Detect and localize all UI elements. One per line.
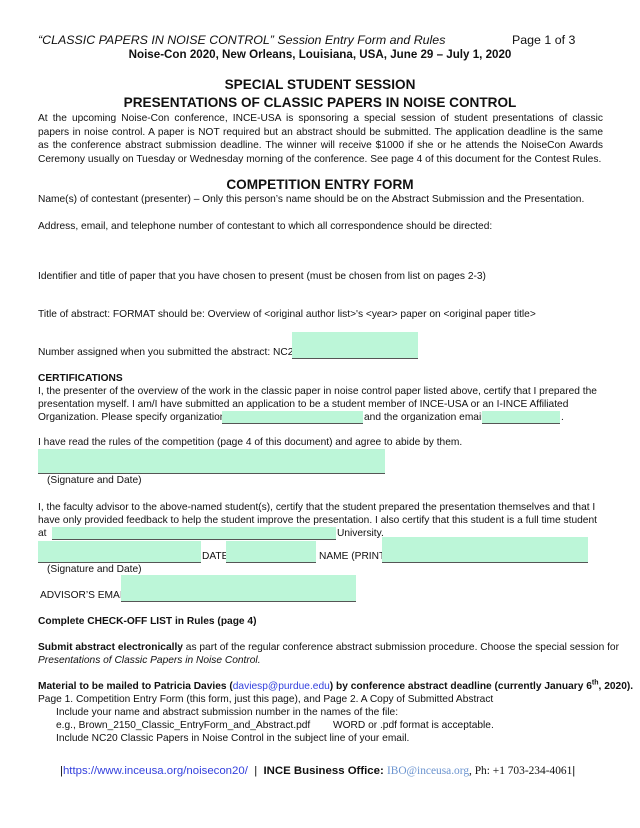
paper-label: Identifier and title of paper that you h… xyxy=(38,270,486,284)
abstract-number-label: Number assigned when you submitted the a… xyxy=(38,346,299,360)
advisor-cert-line-2: have only provided feedback to help the … xyxy=(38,514,597,528)
footer: |https://www.inceusa.org/noisecon20/ | I… xyxy=(60,765,575,777)
mailing-text-2: ) by conference abstract deadline (curre… xyxy=(330,681,592,692)
organization-field[interactable] xyxy=(222,411,363,424)
period: . xyxy=(561,411,564,425)
page-number: Page 1 of 3 xyxy=(512,33,575,47)
abstract-title-label: Title of abstract: FORMAT should be: Ove… xyxy=(38,308,536,322)
special-session-name: Presentations of Classic Papers in Noise… xyxy=(38,654,261,668)
advisor-email-label: ADVISOR’S EMAIL xyxy=(40,589,128,603)
document-title: “CLASSIC PAPERS IN NOISE CONTROL” Sessio… xyxy=(38,33,445,47)
filename-instruction: Include your name and abstract submissio… xyxy=(56,706,398,720)
date-field[interactable] xyxy=(226,541,316,563)
rules-agreement-text: I have read the rules of the competition… xyxy=(38,436,462,450)
checklist-note: Complete CHECK-OFF LIST in Rules (page 4… xyxy=(38,615,256,629)
advisor-signature-field[interactable] xyxy=(38,541,201,563)
at-label: at xyxy=(38,527,47,541)
noisecon-url-link[interactable]: https://www.inceusa.org/noisecon20/ xyxy=(63,765,248,777)
form-heading: COMPETITION ENTRY FORM xyxy=(0,177,640,192)
office-phone: , Ph: +1 703-234-4061 xyxy=(469,765,572,777)
date-label: DATE xyxy=(202,550,228,564)
organization-email-field[interactable] xyxy=(482,411,560,424)
session-heading: SPECIAL STUDENT SESSION xyxy=(0,77,640,92)
organization-label: Organization. Please specify organizatio… xyxy=(38,411,225,425)
advisor-cert-line-1: I, the faculty advisor to the above-name… xyxy=(38,501,595,515)
example-filename: e.g., Brown_2150_Classic_EntryForm_and_A… xyxy=(56,719,310,733)
student-signature-field[interactable] xyxy=(38,449,385,474)
contestant-name-label: Name(s) of contestant (presenter) – Only… xyxy=(38,193,584,207)
presenter-cert-line-2: presentation myself. I am/I have submitt… xyxy=(38,398,568,412)
student-signature-caption: (Signature and Date) xyxy=(47,474,142,488)
organization-email-label: and the organization email xyxy=(364,411,484,425)
special-session-title: Presentations of Classic Papers in Noise… xyxy=(38,655,258,666)
footer-divider-right: | xyxy=(572,765,575,777)
office-label: INCE Business Office: xyxy=(264,765,384,777)
page-items: Page 1. Competition Entry Form (this for… xyxy=(38,693,493,707)
mailing-text-3: , 2020). xyxy=(599,681,634,692)
footer-divider-mid: | xyxy=(251,765,260,777)
mailing-instruction: Material to be mailed to Patricia Davies… xyxy=(38,680,633,694)
office-email-link[interactable]: IBO@inceusa.org xyxy=(387,765,469,777)
format-note: WORD or .pdf format is acceptable. xyxy=(333,719,494,733)
intro-paragraph: At the upcoming Noise-Con conference, IN… xyxy=(38,112,603,166)
address-label: Address, email, and telephone number of … xyxy=(38,220,492,234)
conference-subtitle: Noise-Con 2020, New Orleans, Louisiana, … xyxy=(0,48,640,61)
mailing-text-1: Material to be mailed to Patricia Davies… xyxy=(38,681,233,692)
submit-instruction-bold: Submit abstract electronically xyxy=(38,642,183,653)
presenter-cert-line-1: I, the presenter of the overview of the … xyxy=(38,385,597,399)
session-subheading: PRESENTATIONS OF CLASSIC PAPERS IN NOISE… xyxy=(0,95,640,110)
abstract-number-field[interactable] xyxy=(292,332,418,359)
ordinal-suffix: th xyxy=(592,680,599,687)
university-label: University. xyxy=(337,527,384,541)
submit-instruction: Submit abstract electronically as part o… xyxy=(38,641,619,655)
university-field[interactable] xyxy=(52,527,336,540)
davies-email-link[interactable]: daviesp@purdue.edu xyxy=(233,681,330,692)
submit-instruction-text: as part of the regular conference abstra… xyxy=(183,642,619,653)
certifications-heading: CERTIFICATIONS xyxy=(38,372,123,386)
name-print-label: NAME (PRINT) xyxy=(319,550,389,564)
subject-line-instruction: Include NC20 Classic Papers in Noise Con… xyxy=(56,732,409,746)
advisor-email-field[interactable] xyxy=(121,575,356,602)
name-print-field[interactable] xyxy=(382,537,588,563)
